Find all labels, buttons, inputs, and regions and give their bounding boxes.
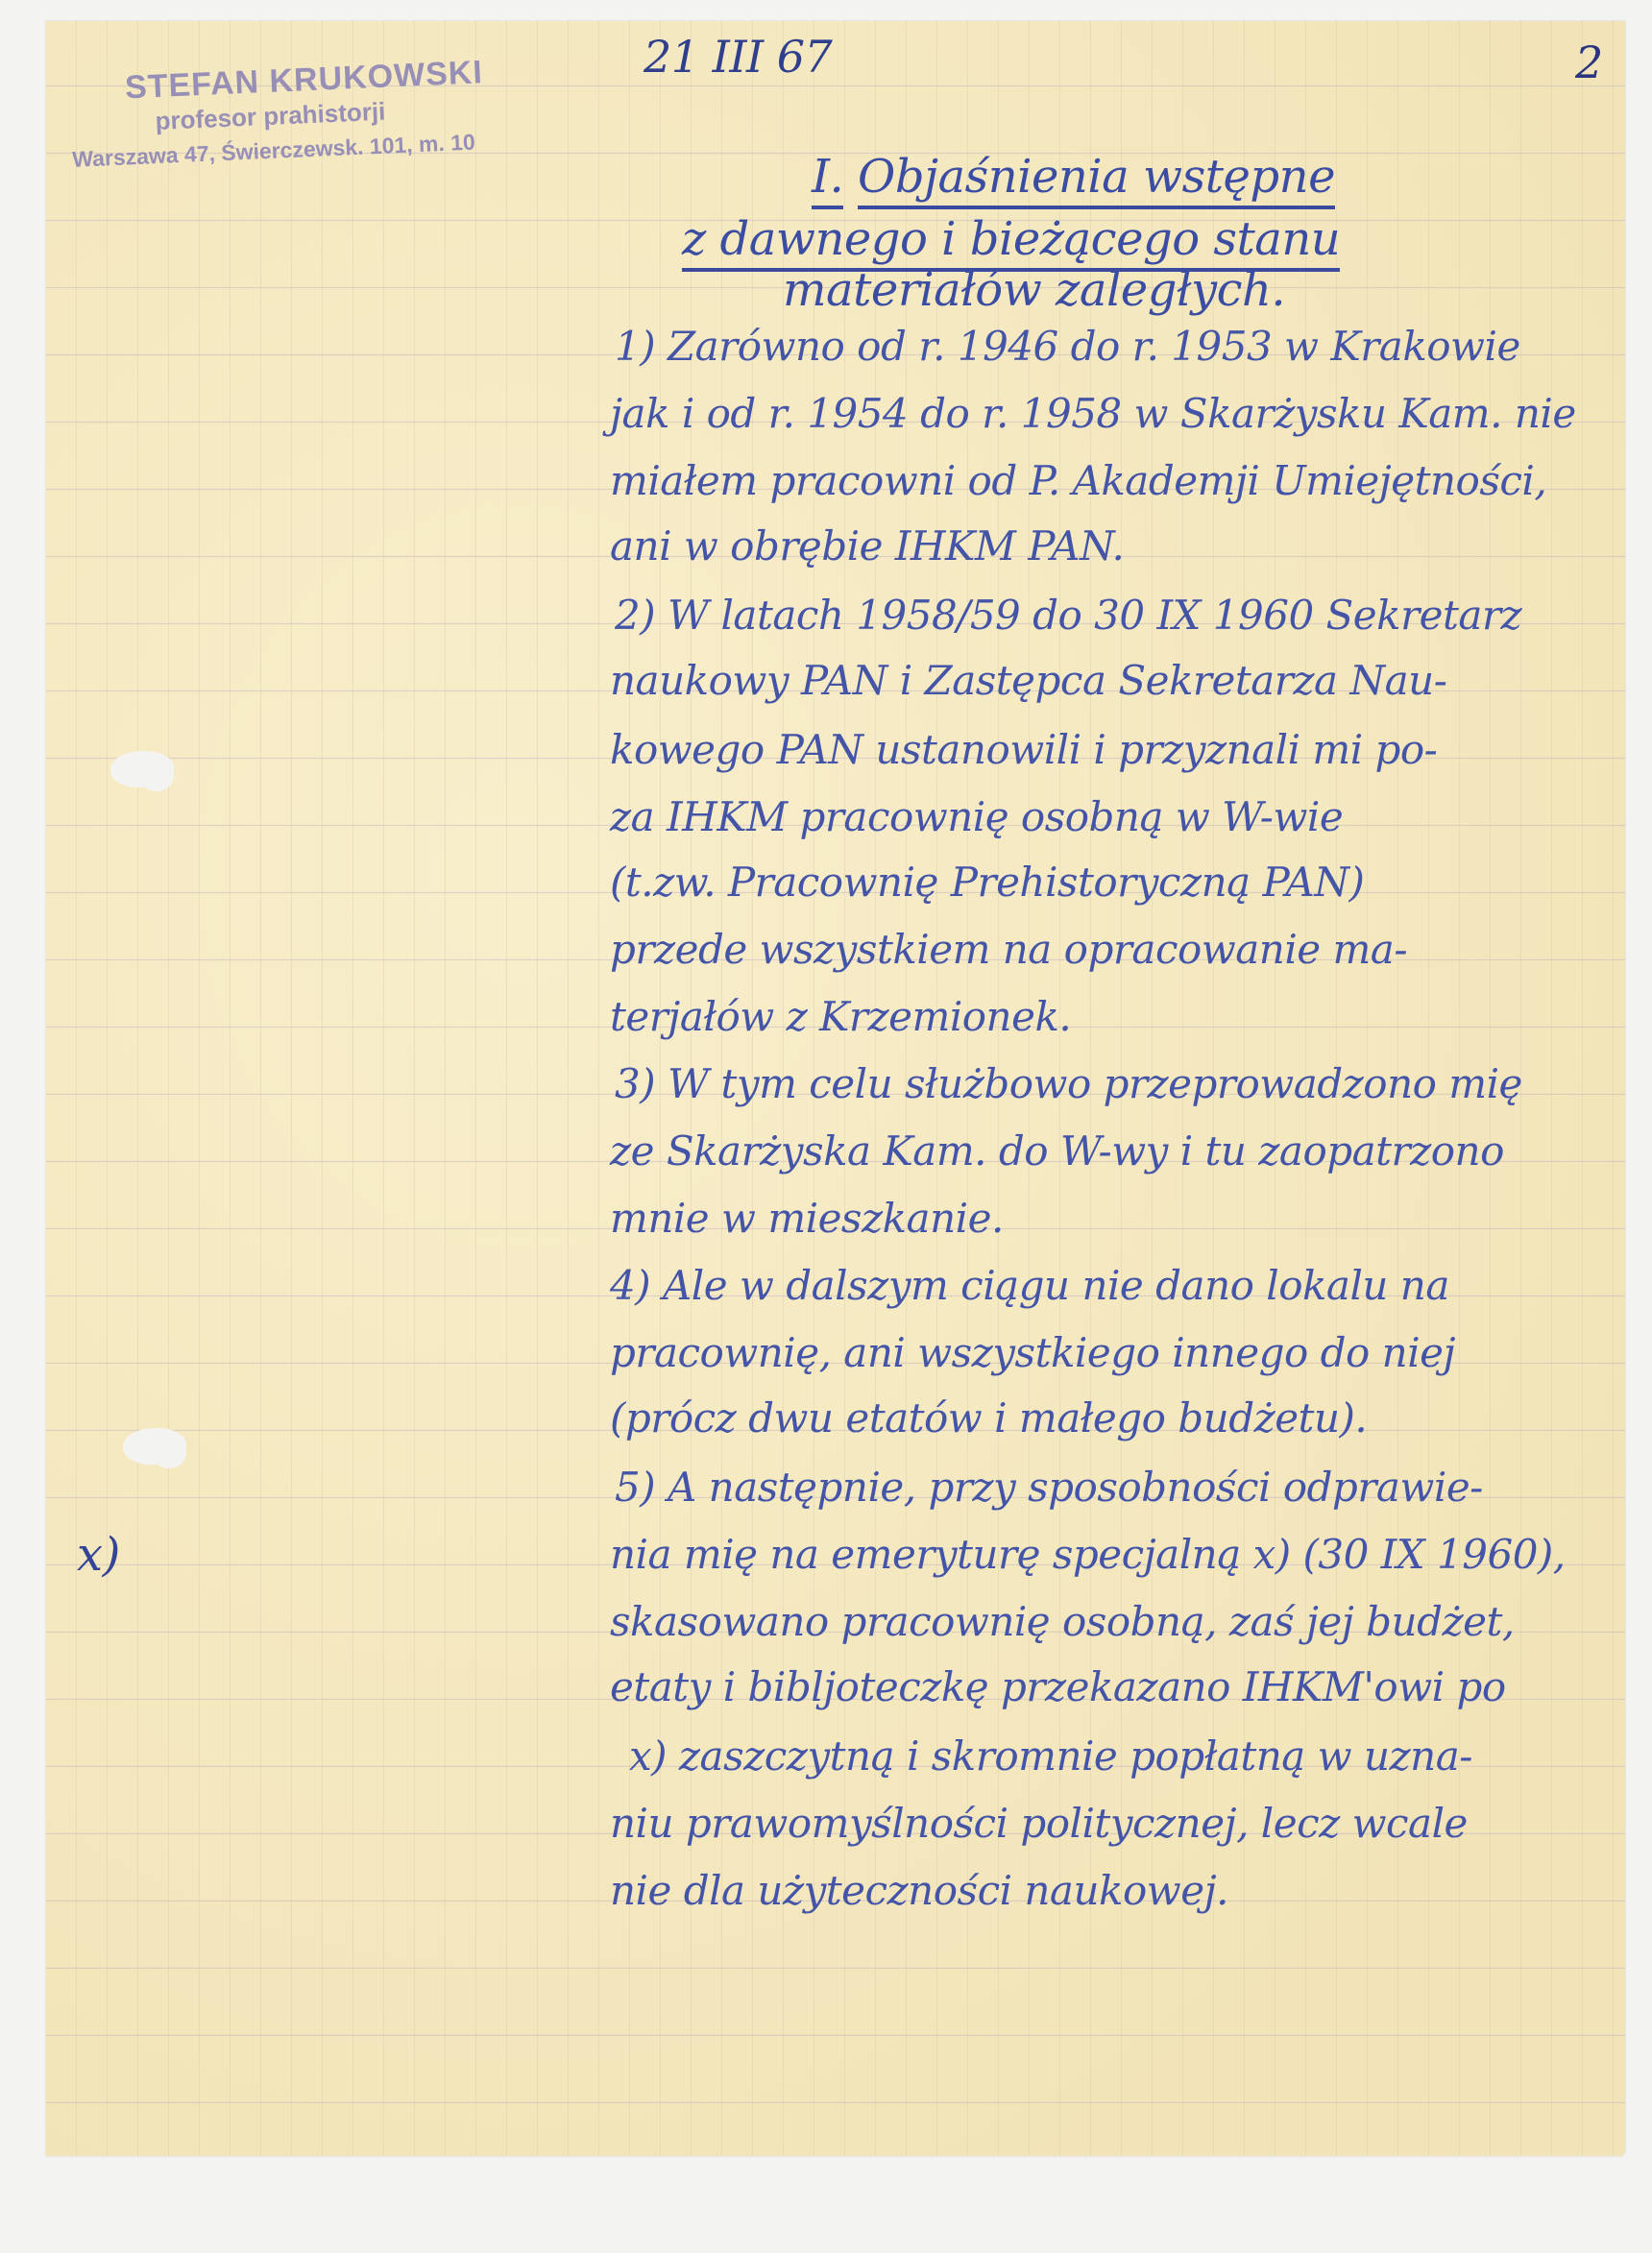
punch-hole-upper bbox=[110, 751, 174, 787]
page-number: 2 bbox=[1575, 40, 1603, 85]
footnote-marker: x) bbox=[77, 1532, 120, 1578]
text-line: pracownię, ani wszystkiego innego do nie… bbox=[610, 1333, 1455, 1373]
text-line: 2) W latach 1958/59 do 30 IX 1960 Sekret… bbox=[615, 595, 1521, 636]
document-date: 21 III 67 bbox=[644, 35, 832, 79]
text-line: (t.zw. Pracownię Prehistoryczną PAN) bbox=[610, 862, 1364, 903]
footnote-line: nie dla użyteczności naukowej. bbox=[610, 1871, 1228, 1911]
text-line: 1) Zarówno od r. 1946 do r. 1953 w Krako… bbox=[615, 327, 1520, 367]
text-line: kowego PAN ustanowili i przyznali mi po- bbox=[610, 730, 1437, 770]
text-line: (prócz dwu etatów i małego budżetu). bbox=[610, 1398, 1367, 1439]
heading-numeral: I. bbox=[812, 150, 843, 209]
heading-line-3: materiałów zaległych. bbox=[783, 267, 1285, 313]
punch-hole-lower bbox=[123, 1428, 186, 1465]
text-line: za IHKM pracownię osobną w W-wie bbox=[610, 797, 1343, 837]
text-line: jak i od r. 1954 do r. 1958 w Skarżysku … bbox=[610, 394, 1576, 434]
text-line: miałem pracowni od P. Akademji Umiejętno… bbox=[610, 461, 1546, 501]
text-line: ani w obrębie IHKM PAN. bbox=[610, 526, 1124, 567]
text-line: przede wszystkiem na opracowanie ma- bbox=[610, 930, 1407, 970]
footnote-line: niu prawomyślności politycznej, lecz wca… bbox=[610, 1804, 1468, 1844]
text-line: 5) A następnie, przy sposobności odprawi… bbox=[615, 1467, 1483, 1508]
text-line: naukowy PAN i Zastępca Sekretarza Nau- bbox=[610, 661, 1446, 701]
text-line: mnie w mieszkanie. bbox=[610, 1199, 1004, 1239]
text-line: terjałów z Krzemionek. bbox=[610, 997, 1071, 1037]
text-line: 4) Ale w dalszym ciągu nie dano lokalu n… bbox=[610, 1266, 1449, 1306]
footnote-line: x) zaszczytną i skromnie popłatną w uzna… bbox=[629, 1736, 1472, 1777]
text-line: 3) W tym celu służbowo przeprowadzono mi… bbox=[615, 1064, 1522, 1104]
text-line: ze Skarżyska Kam. do W-wy i tu zaopatrzo… bbox=[610, 1131, 1504, 1172]
text-line: skasowano pracownię osobną, zaś jej budż… bbox=[610, 1602, 1515, 1642]
text-line: etaty i bibljoteczkę przekazano IHKM'owi… bbox=[610, 1667, 1506, 1708]
heading-line-1: I. Objaśnienia wstępne bbox=[812, 154, 1335, 200]
heading-line-2: z dawnego i bieżącego stanu bbox=[682, 216, 1340, 262]
heading-title: Objaśnienia wstępne bbox=[858, 150, 1335, 209]
text-line: nia mię na emeryturę specjalną x) (30 IX… bbox=[610, 1535, 1566, 1575]
